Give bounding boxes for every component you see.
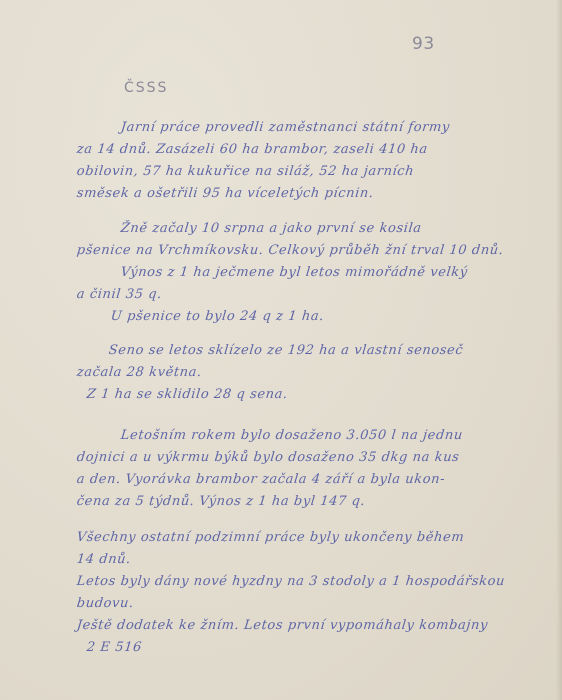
text-line: Jarní práce provedli zaměstnanci státní …	[120, 120, 451, 135]
text-line: 2 E 516	[86, 640, 143, 655]
text-line: obilovin, 57 ha kukuřice na siláž, 52 ha…	[76, 164, 415, 179]
text-line: Výnos z 1 ha ječmene byl letos mimořádně…	[120, 265, 468, 280]
text-line: Ještě dodatek ke žním. Letos první vypom…	[76, 618, 489, 633]
text-line: Letos byly dány nové hyzdny na 3 stodoly…	[76, 574, 506, 589]
text-line: Z 1 ha se sklidilo 28 q sena.	[86, 387, 289, 402]
text-line: budovu.	[76, 596, 134, 611]
text-line: začala 28 května.	[76, 365, 203, 380]
handwritten-page: 93 ČSSS Jarní práce provedli zaměstnanci…	[0, 0, 562, 700]
text-line: Letošním rokem bylo dosaženo 3.050 l na …	[120, 428, 464, 443]
text-line: a činil 35 q.	[76, 287, 163, 302]
text-line: 14 dnů.	[76, 552, 132, 567]
text-line: směsek a ošetřili 95 ha víceletých pícni…	[76, 186, 374, 201]
text-line: Seno se letos sklízelo ze 192 ha a vlast…	[108, 343, 464, 358]
text-line: čena za 5 týdnů. Výnos z 1 ha byl 147 q.	[76, 494, 366, 509]
text-line: Všechny ostatní podzimní práce byly ukon…	[76, 530, 465, 545]
text-line: dojnici a u výkrmu býků bylo dosaženo 35…	[76, 450, 460, 465]
page-number: 93	[412, 34, 435, 54]
text-line: za 14 dnů. Zasázeli 60 ha brambor, zasel…	[76, 142, 429, 157]
text-line: U pšenice to bylo 24 q z 1 ha.	[110, 309, 325, 324]
text-line: a den. Vyorávka brambor začala 4 září a …	[76, 472, 446, 487]
text-line: pšenice na Vrchmíkovsku. Celkový průběh …	[76, 243, 504, 258]
page-heading: ČSSS	[124, 80, 168, 96]
text-line: Žně začaly 10 srpna a jako první se kosi…	[120, 221, 422, 236]
